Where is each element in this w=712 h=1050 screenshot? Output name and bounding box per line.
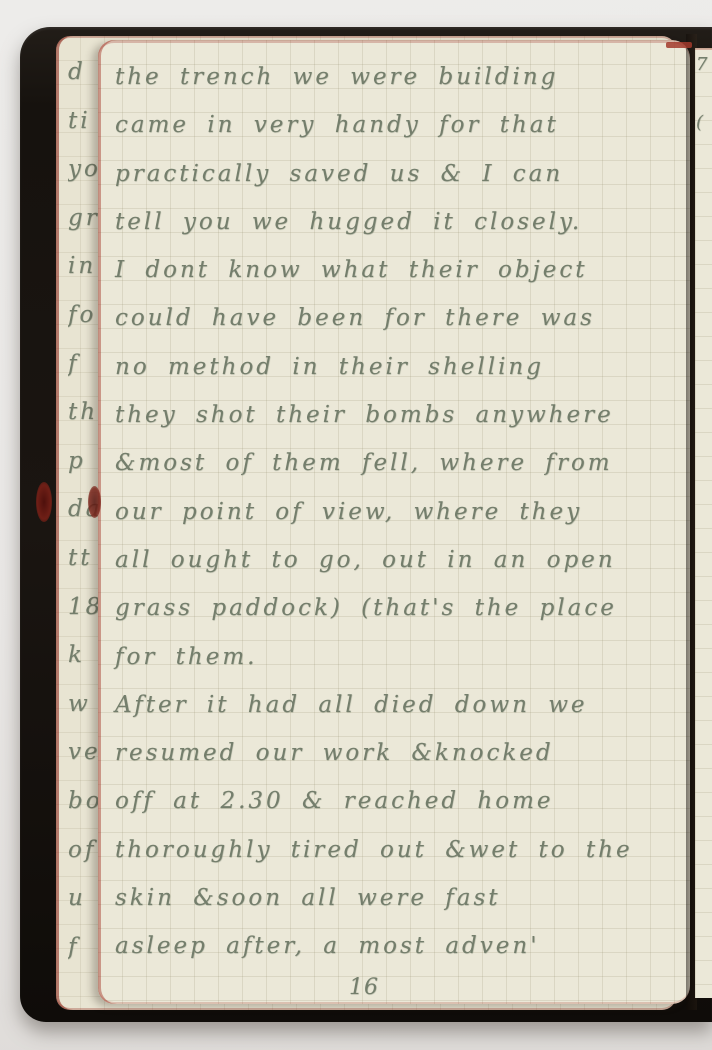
handwriting-line: no method in their shelling [115,342,688,390]
handwriting-line: tell you we hugged it closely. [115,197,688,245]
handwriting-line: asleep after, a most adven' [115,921,688,969]
handwriting-line: grass paddock) (that's the place [115,583,688,631]
handwriting-line: thoroughly tired out &wet to the [115,825,688,873]
facing-page-edge: 7 ( [695,48,712,998]
handwriting-line: came in very handy for that [115,100,688,148]
handwriting-line: &most of them fell, where from [115,438,688,486]
handwriting-fragment: 7 [696,54,707,75]
handwriting-line: the trench we were building [115,52,688,100]
handwriting-line: all ought to go, out in an open [115,535,688,583]
handwriting-line: our point of view, where they [115,487,688,535]
handwriting-line: could have been for there was [115,293,688,341]
handwriting-line: off at 2.30 & reached home [115,776,688,824]
handwriting-line: practically saved us & I can [115,149,688,197]
handwriting-line: they shot their bombs anywhere [115,390,688,438]
handwriting-line: After it had all died down we [115,680,688,728]
handwriting-line: for them. [115,632,688,680]
red-edge-stain [88,486,101,518]
handwriting-block: the trench we were building came in very… [98,40,690,1004]
red-page-edge-mark [666,42,692,48]
diary-page: the trench we were building came in very… [98,40,690,1004]
page-number: 16 [334,975,394,1000]
handwriting-line: skin &soon all were fast [115,873,688,921]
handwriting-fragment: ( [696,112,703,133]
handwriting-line: I dont know what their object [115,245,688,293]
handwriting-line: resumed our work &knocked [115,728,688,776]
photo-backdrop: d ti yo gr in fo f th p da tt 18 k w ve … [0,0,712,1050]
red-edge-stain [36,482,52,522]
